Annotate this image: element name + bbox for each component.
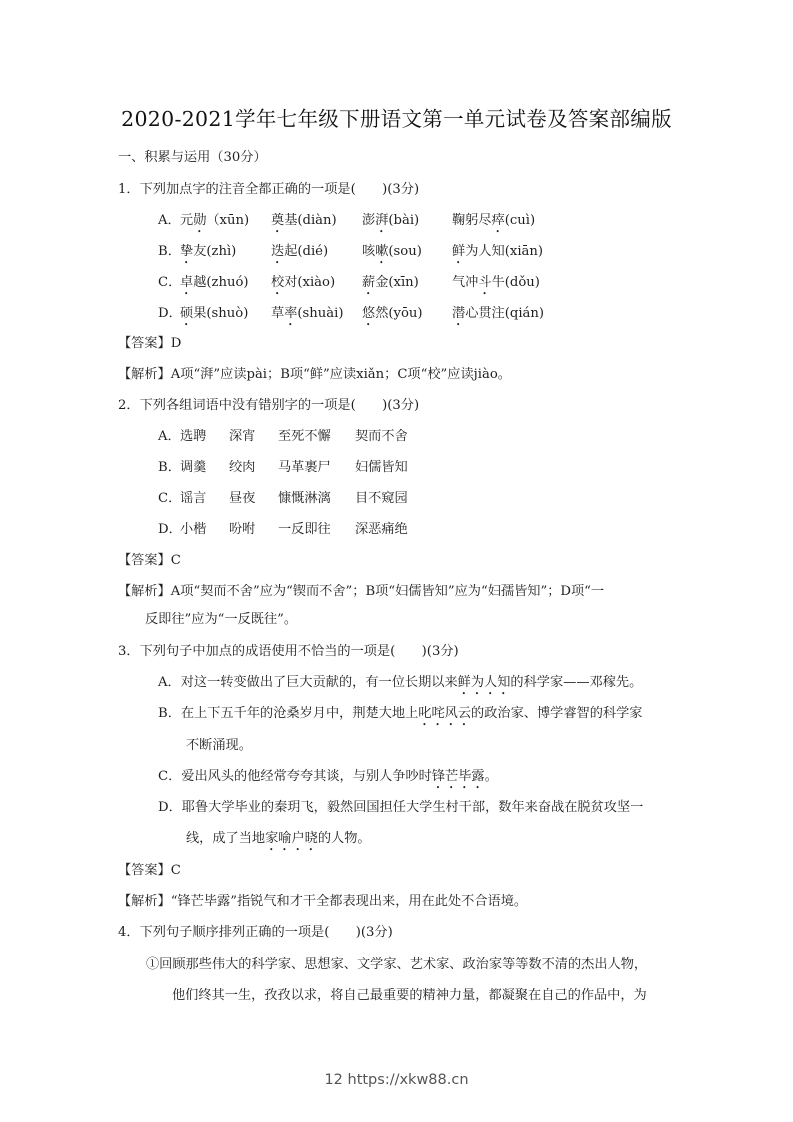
question-3-option-b: B．在上下五千年的沧桑岁月中，荆楚大地上叱咤风云的政治家、博学睿智的科学家 — [158, 706, 642, 729]
answer-tag: 【答案】 — [118, 863, 171, 878]
option-item: 鞠躬尽瘁(cuì) — [452, 213, 535, 236]
option-label: D． — [158, 306, 182, 322]
answer-tag: 【答案】 — [118, 336, 171, 351]
option-item: 气冲斗牛(dǒu) — [452, 275, 540, 298]
option-item: 校对(xiào) — [271, 275, 335, 298]
analysis-text: “锋芒毕露”指锐气和才干全都表现出来，用在此处不合语境。 — [171, 894, 527, 909]
option-item: 硕果(shuò) — [180, 306, 248, 329]
answer-value: D — [171, 336, 182, 351]
question-3-option-d: D．耶鲁大学毕业的秦玥飞，毅然回国担任大学生村干部，数年来奋战在脱贫攻坚一 — [158, 800, 643, 816]
option-item: 迭起(dié) — [271, 244, 328, 267]
question-3-option-a: A．对这一转变做出了巨大贡献的，有一位长期以来鲜为人知的科学家——邓稼先。 — [158, 675, 642, 698]
option-item: 一反即往 — [278, 522, 331, 538]
option-item: 深恶痛绝 — [355, 522, 408, 538]
option-label: D． — [158, 522, 182, 538]
question-3-analysis: 【解析】“锋芒毕露”指锐气和才干全都表现出来，用在此处不合语境。 — [118, 894, 527, 910]
option-item: 慷慨淋漓 — [278, 491, 331, 507]
option-label: B． — [158, 244, 181, 260]
answer-tag: 【答案】 — [118, 553, 171, 568]
option-item: 卓越(zhuó) — [180, 275, 249, 298]
option-item: 目不窥园 — [355, 491, 408, 507]
analysis-tag: 【解析】 — [118, 894, 171, 909]
option-item: 调羹 — [180, 460, 206, 476]
option-item: 契而不舍 — [355, 429, 408, 445]
option-label: A． — [158, 213, 181, 229]
option-item: 草率(shuài) — [271, 306, 344, 329]
option-item: 吩咐 — [229, 522, 255, 538]
option-label: A． — [158, 429, 181, 445]
question-2-answer: 【答案】C — [118, 553, 181, 569]
option-label: C． — [158, 491, 181, 507]
option-item: 薪金(xīn) — [362, 275, 419, 298]
question-1-analysis: 【解析】A项“湃”应读pài；B项“鲜”应读xiǎn；C项“校”应读jiào。 — [118, 367, 511, 383]
question-2-analysis: 【解析】A项“契而不舍”应为“锲而不舍”；B项“妇儒皆知”应为“妇孺皆知”；D项… — [118, 584, 604, 600]
answer-value: C — [171, 553, 181, 568]
option-label: C． — [158, 275, 181, 291]
analysis-tag: 【解析】 — [118, 367, 171, 382]
option-item: 深宵 — [229, 429, 255, 445]
question-3-option-b-cont: 不断涌现。 — [186, 738, 252, 754]
question-3-option-c: C．爱出风头的他经常夸夸其谈，与别人争吵时锋芒毕露。 — [158, 769, 498, 792]
analysis-text: A项“湃”应读pài；B项“鲜”应读xiǎn；C项“校”应读jiào。 — [171, 367, 511, 382]
option-item: 绞肉 — [229, 460, 255, 476]
analysis-text: A项“契而不舍”应为“锲而不舍”；B项“妇儒皆知”应为“妇孺皆知”；D项“一 — [171, 584, 604, 599]
question-2-analysis-cont: 反即往”应为“一反既往”。 — [145, 612, 297, 628]
option-item: 小楷 — [180, 522, 206, 538]
option-item: 至死不懈 — [278, 429, 331, 445]
option-item: 澎湃(bài) — [362, 213, 419, 236]
option-item: 咳嗽(sou) — [362, 244, 422, 267]
question-3-answer: 【答案】C — [118, 863, 181, 879]
footer-url: https://xkw88.cn — [348, 1072, 469, 1088]
section-heading: 一、积累与运用（30分） — [118, 150, 267, 166]
option-item: 悠然(yōu) — [362, 306, 423, 329]
option-item: 奠基(diàn) — [271, 213, 337, 236]
option-item: 昼夜 — [229, 491, 255, 507]
option-item: 选聘 — [180, 429, 206, 445]
option-item: 挚友(zhì) — [180, 244, 236, 267]
question-4-sentence-1: ①回顾那些伟大的科学家、思想家、文学家、艺术家、政治家等等数不清的杰出人物， — [146, 957, 647, 973]
question-1-answer: 【答案】D — [118, 336, 181, 352]
question-4-sentence-1-cont: 他们终其一生，孜孜以求，将自己最重要的精神力量，都凝聚在自己的作品中，为 — [172, 988, 647, 1004]
page-footer: 12 https://xkw88.cn — [0, 1072, 793, 1088]
question-2-stem: 2．下列各组词语中没有错别字的一项是( )(3分) — [118, 398, 419, 414]
option-item: 谣言 — [180, 491, 206, 507]
analysis-tag: 【解析】 — [118, 584, 171, 599]
option-item: 鲜为人知(xiān) — [452, 244, 543, 267]
option-item: 元勋（xūn) — [180, 213, 249, 236]
question-1-stem: 1．下列加点字的注音全都正确的一项是( )(3分) — [118, 182, 419, 198]
option-label: B． — [158, 460, 181, 476]
question-4-stem: 4．下列句子顺序排列正确的一项是( )(3分) — [118, 925, 393, 941]
option-item: 马革裹尸 — [278, 460, 331, 476]
answer-value: C — [171, 863, 181, 878]
option-item: 潜心贯注(qián) — [452, 306, 544, 329]
question-3-stem: 3．下列句子中加点的成语使用不恰当的一项是( )(3分) — [118, 644, 459, 660]
option-item: 妇儒皆知 — [355, 460, 408, 476]
question-3-option-d-cont: 线，成了当地家喻户晓的人物。 — [186, 831, 371, 854]
document-page: 2020-2021学年七年级下册语文第一单元试卷及答案部编版 一、积累与运用（3… — [0, 0, 793, 1122]
document-title: 2020-2021学年七年级下册语文第一单元试卷及答案部编版 — [0, 102, 793, 132]
page-number: 12 — [324, 1072, 342, 1088]
